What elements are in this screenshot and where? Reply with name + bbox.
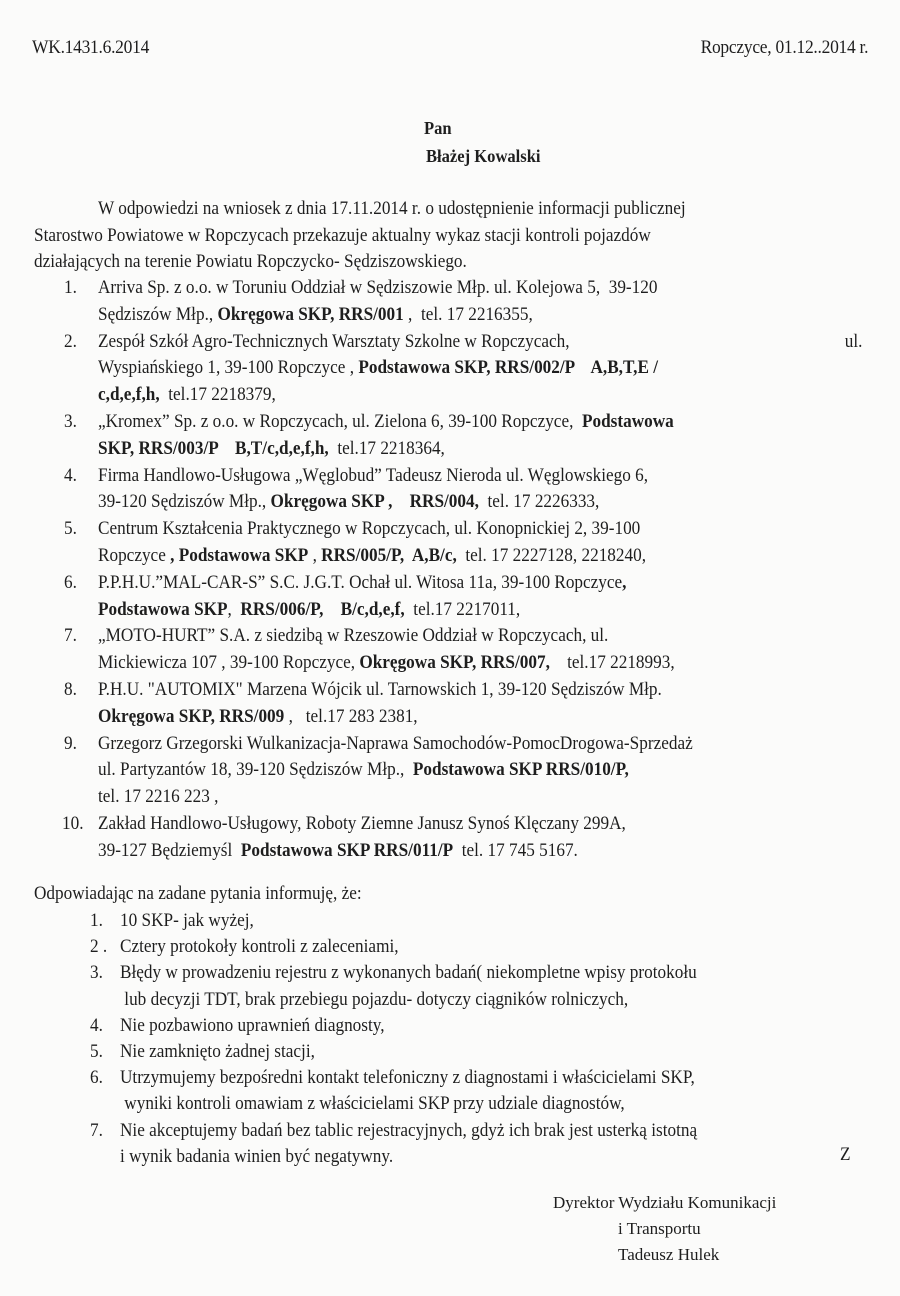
station-text: tel. 17 745 5167. bbox=[453, 841, 578, 861]
answer-number: 7. bbox=[90, 1121, 103, 1142]
station-text: ul. bbox=[845, 332, 863, 353]
station-text: Zespół Szkół Agro-Technicznych Warsztaty… bbox=[98, 332, 570, 353]
station-number: 5. bbox=[64, 519, 77, 540]
station-line: SKP, RRS/003/P B,T/c,d,e,f,h, tel.17 221… bbox=[98, 439, 445, 460]
reference-number: WK.1431.6.2014 bbox=[32, 37, 149, 59]
answer-text: wyniki kontroli omawiam z właścicielami … bbox=[120, 1094, 625, 1115]
station-line: P.P.H.U.”MAL-CAR-S” S.C. J.G.T. Ochał ul… bbox=[98, 573, 626, 594]
station-line: Zespół Szkół Agro-Technicznych Warsztaty… bbox=[98, 332, 862, 353]
station-registration: Podstawowa SKP RRS/011/P bbox=[241, 841, 453, 861]
answer-text: Nie akceptujemy badań bez tablic rejestr… bbox=[120, 1121, 697, 1142]
station-registration: Podstawowa SKP RRS/010/P, bbox=[413, 760, 629, 780]
answer-text: Nie zamknięto żadnej stacji, bbox=[120, 1042, 315, 1063]
station-number: 4. bbox=[64, 466, 77, 487]
answer-text: Utrzymujemy bezpośredni kontakt telefoni… bbox=[120, 1068, 695, 1089]
station-registration: RRS/006/P, B/c,d,e,f, bbox=[240, 600, 404, 620]
signature-department: i Transportu bbox=[618, 1219, 701, 1239]
answers-intro: Odpowiadając na zadane pytania informuję… bbox=[34, 884, 362, 905]
station-line: „MOTO-HURT” S.A. z siedzibą w Rzeszowie … bbox=[98, 626, 608, 647]
station-registration: , bbox=[622, 573, 626, 593]
place-and-date: Ropczyce, 01.12..2014 r. bbox=[700, 37, 868, 59]
station-text: tel.17 2218993, bbox=[550, 653, 675, 673]
answer-number: 2 . bbox=[90, 937, 107, 958]
answer-number: 5. bbox=[90, 1042, 103, 1063]
station-registration: Okręgowa SKP, RRS/001 bbox=[217, 305, 403, 325]
station-text: ul. Partyzantów 18, 39-120 Sędziszów Młp… bbox=[98, 760, 413, 780]
addressee-name: Błażej Kowalski bbox=[426, 146, 541, 167]
station-text: tel. 17 2226333, bbox=[479, 492, 599, 512]
intro-line-3: działających na terenie Powiatu Ropczyck… bbox=[34, 252, 467, 273]
signature-name: Tadeusz Hulek bbox=[618, 1245, 719, 1265]
station-line: Podstawowa SKP, RRS/006/P, B/c,d,e,f, te… bbox=[98, 600, 520, 621]
station-number: 1. bbox=[64, 278, 77, 299]
answer-text: 10 SKP- jak wyżej, bbox=[120, 911, 254, 932]
station-text: Firma Handlowo-Usługowa „Węglobud” Tadeu… bbox=[98, 466, 648, 486]
station-line: Grzegorz Grzegorski Wulkanizacja-Naprawa… bbox=[98, 734, 693, 755]
station-line: „Kromex” Sp. z o.o. w Ropczycach, ul. Zi… bbox=[98, 412, 674, 433]
station-line: tel. 17 2216 223 , bbox=[98, 787, 218, 808]
station-text: Centrum Kształcenia Praktycznego w Ropcz… bbox=[98, 519, 640, 539]
station-registration: SKP, RRS/003/P B,T/c,d,e,f,h, bbox=[98, 439, 329, 459]
station-number: 7. bbox=[64, 626, 77, 647]
station-line: Firma Handlowo-Usługowa „Węglobud” Tadeu… bbox=[98, 466, 648, 487]
station-line: Zakład Handlowo-Usługowy, Roboty Ziemne … bbox=[98, 814, 626, 835]
station-registration: Okręgowa SKP , RRS/004, bbox=[271, 492, 479, 512]
station-text: Zakład Handlowo-Usługowy, Roboty Ziemne … bbox=[98, 814, 626, 834]
intro-line-1: W odpowiedzi na wniosek z dnia 17.11.201… bbox=[98, 199, 686, 220]
addressee-title: Pan bbox=[424, 118, 452, 139]
station-line: Wyspiańskiego 1, 39-100 Ropczyce , Podst… bbox=[98, 358, 658, 379]
station-text: tel.17 2218379, bbox=[160, 385, 276, 405]
station-text: , tel. 17 2216355, bbox=[404, 305, 533, 325]
station-text: 39-120 Sędziszów Młp., bbox=[98, 492, 271, 512]
station-number: 2. bbox=[64, 332, 77, 353]
station-text: Arriva Sp. z o.o. w Toruniu Oddział w Sę… bbox=[98, 278, 657, 298]
station-line: Arriva Sp. z o.o. w Toruniu Oddział w Sę… bbox=[98, 278, 657, 299]
station-line: Centrum Kształcenia Praktycznego w Ropcz… bbox=[98, 519, 640, 540]
answer-text: i wynik badania winien być negatywny. bbox=[120, 1147, 393, 1168]
station-text: tel. 17 2216 223 , bbox=[98, 787, 218, 807]
station-line: ul. Partyzantów 18, 39-120 Sędziszów Młp… bbox=[98, 760, 629, 781]
station-text: Wyspiańskiego 1, 39-100 Ropczyce , bbox=[98, 358, 358, 378]
station-line: c,d,e,f,h, tel.17 2218379, bbox=[98, 385, 276, 406]
answer-number: 3. bbox=[90, 963, 103, 984]
station-number: 6. bbox=[64, 573, 77, 594]
station-number: 9. bbox=[64, 734, 77, 755]
station-text: , tel.17 283 2381, bbox=[284, 707, 417, 727]
signature-title: Dyrektor Wydziału Komunikacji bbox=[553, 1193, 776, 1213]
station-line: Okręgowa SKP, RRS/009 , tel.17 283 2381, bbox=[98, 707, 418, 728]
station-text: Ropczyce bbox=[98, 546, 170, 566]
station-registration: Podstawowa SKP bbox=[98, 600, 228, 620]
station-registration: Okręgowa SKP, RRS/007, bbox=[359, 653, 550, 673]
station-registration: , Podstawowa SKP bbox=[170, 546, 308, 566]
station-line: 39-120 Sędziszów Młp., Okręgowa SKP , RR… bbox=[98, 492, 599, 513]
answer-number: 1. bbox=[90, 911, 103, 932]
answer-text: Cztery protokoły kontroli z zaleceniami, bbox=[120, 937, 399, 958]
station-text: 39-127 Będziemyśl bbox=[98, 841, 241, 861]
station-line: Ropczyce , Podstawowa SKP , RRS/005/P, A… bbox=[98, 546, 646, 567]
station-number: 3. bbox=[64, 412, 77, 433]
station-line: 39-127 Będziemyśl Podstawowa SKP RRS/011… bbox=[98, 841, 578, 862]
station-text: „MOTO-HURT” S.A. z siedzibą w Rzeszowie … bbox=[98, 626, 608, 646]
station-text: , bbox=[308, 546, 321, 566]
station-text: , bbox=[228, 600, 241, 620]
station-text: P.H.U. "AUTOMIX" Marzena Wójcik ul. Tarn… bbox=[98, 680, 662, 700]
answer-number: 6. bbox=[90, 1068, 103, 1089]
station-text: tel.17 2218364, bbox=[329, 439, 445, 459]
answer-text: Nie pozbawiono uprawnień diagnosty, bbox=[120, 1016, 385, 1037]
station-text: Sędziszów Młp., bbox=[98, 305, 217, 325]
station-text: tel. 17 2227128, 2218240, bbox=[457, 546, 646, 566]
station-registration: Podstawowa bbox=[582, 412, 674, 432]
station-text: „Kromex” Sp. z o.o. w Ropczycach, ul. Zi… bbox=[98, 412, 582, 432]
station-text: P.P.H.U.”MAL-CAR-S” S.C. J.G.T. Ochał ul… bbox=[98, 573, 622, 593]
answer-text: Błędy w prowadzeniu rejestru z wykonanyc… bbox=[120, 963, 697, 984]
intro-line-2: Starostwo Powiatowe w Ropczycach przekaz… bbox=[34, 226, 651, 247]
station-line: P.H.U. "AUTOMIX" Marzena Wójcik ul. Tarn… bbox=[98, 680, 662, 701]
trailing-mark: Z bbox=[840, 1145, 851, 1166]
answer-number: 4. bbox=[90, 1016, 103, 1037]
station-number: 8. bbox=[64, 680, 77, 701]
station-registration: Podstawowa SKP, RRS/002/P A,B,T,E / bbox=[358, 358, 658, 378]
station-line: Mickiewicza 107 , 39-100 Ropczyce, Okręg… bbox=[98, 653, 675, 674]
station-text: Mickiewicza 107 , 39-100 Ropczyce, bbox=[98, 653, 359, 673]
answer-text: lub decyzji TDT, brak przebiegu pojazdu-… bbox=[120, 990, 628, 1011]
station-line: Sędziszów Młp., Okręgowa SKP, RRS/001 , … bbox=[98, 305, 533, 326]
station-registration: Okręgowa SKP, RRS/009 bbox=[98, 707, 284, 727]
station-registration: c,d,e,f,h, bbox=[98, 385, 160, 405]
station-registration: RRS/005/P, A,B/c, bbox=[321, 546, 457, 566]
station-text: tel.17 2217011, bbox=[405, 600, 520, 620]
station-number: 10. bbox=[62, 814, 84, 835]
station-text: Grzegorz Grzegorski Wulkanizacja-Naprawa… bbox=[98, 734, 693, 754]
